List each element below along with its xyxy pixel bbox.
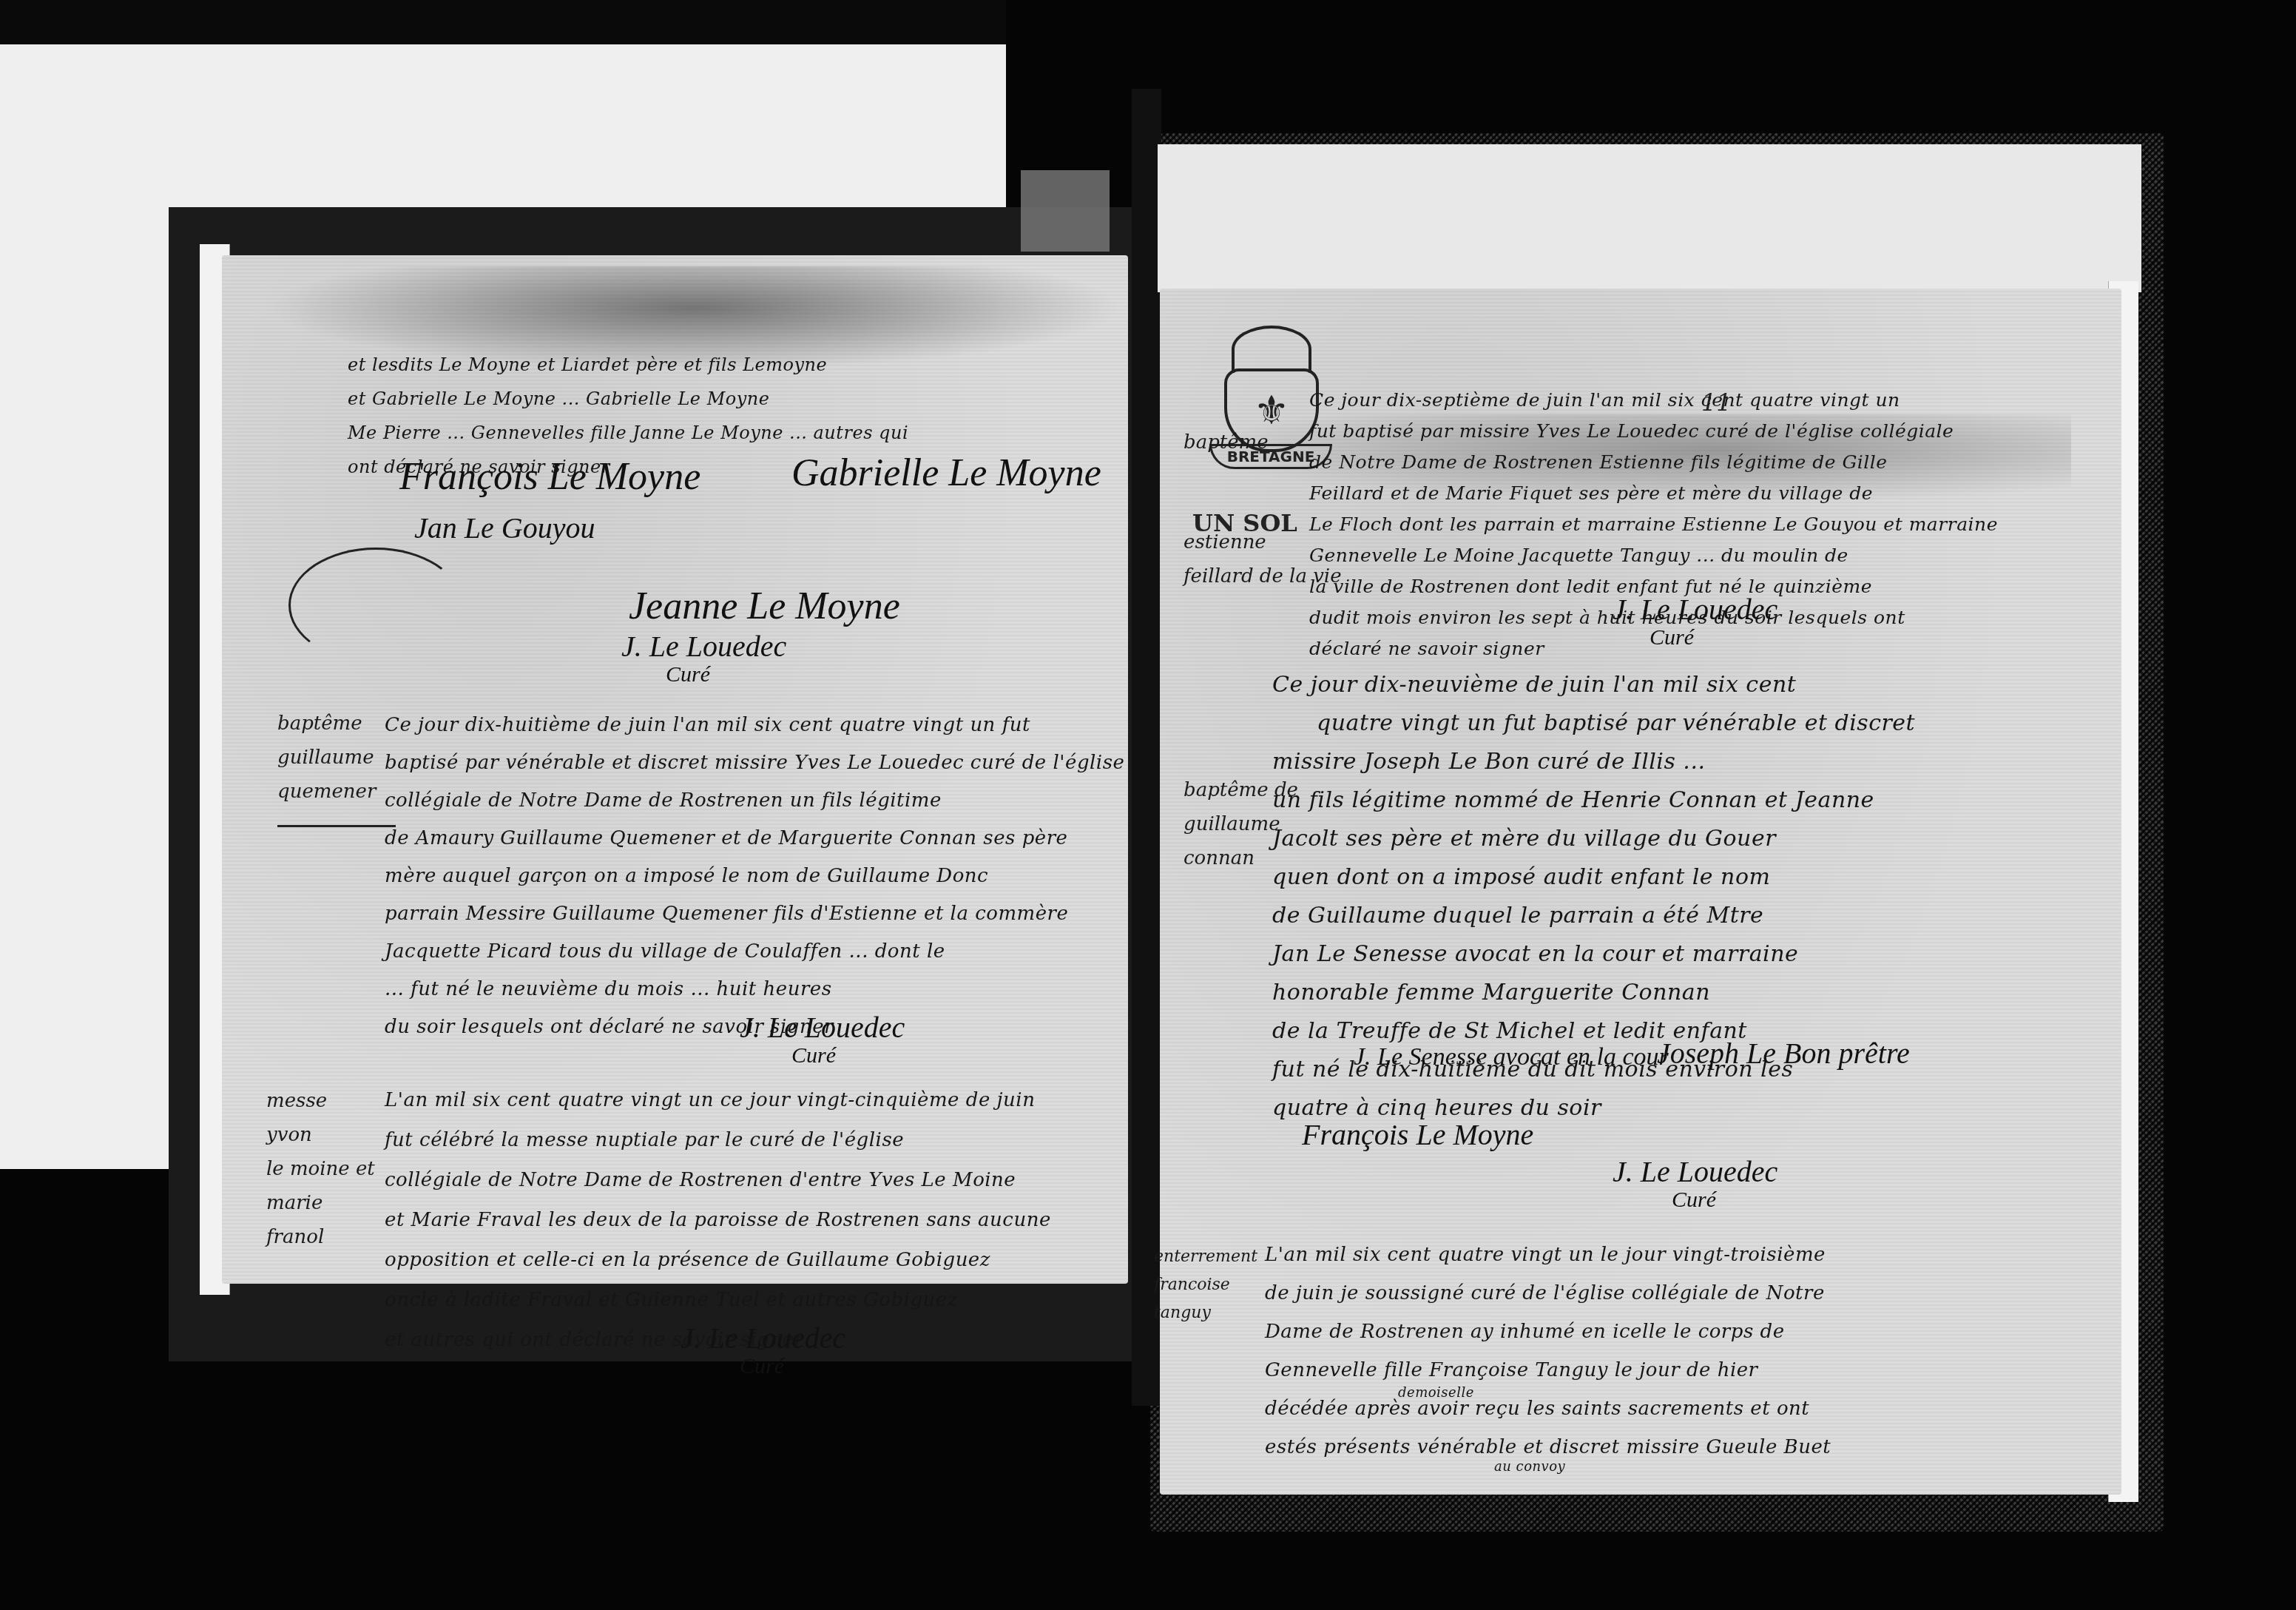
dark-top-band [0, 0, 1006, 44]
crown-icon [1232, 326, 1311, 373]
priest-signature-title: Curé [666, 662, 710, 687]
margin-rule [277, 825, 396, 827]
priest-signature-name: J. Le Louedec [740, 1010, 905, 1045]
signature-gabrielle-le-moyne: Gabrielle Le Moyne [791, 451, 1101, 495]
interlinear-note: demoiselle [1398, 1376, 1474, 1410]
priest-signature-title: Curé [791, 1043, 836, 1068]
priest-signature-name: J. Le Louedec [621, 629, 786, 664]
signature-francois-le-moyne: François Le Moyne [1302, 1117, 1533, 1152]
right-burial-entry: L'an mil six cent quatre vingt un le jou… [1265, 1236, 1831, 1466]
margin-note-baptism: baptême guillaume quemener [277, 707, 376, 809]
text-line: et lesdits Le Moyne et Liardet père et f… [348, 348, 908, 382]
backing-sheet-right [1158, 144, 2141, 292]
priest-signature-title: Curé [1650, 625, 1694, 650]
priest-signature-name: J. Le Louedec [1613, 1154, 1777, 1189]
margin-note-marriage: messe yvon le moine et marie franol [266, 1084, 375, 1254]
interlinear-note: au convoy [1494, 1450, 1565, 1484]
text-line: Me Pierre ... Gennevelles fille Janne Le… [348, 416, 908, 450]
priest-signature-name: J. Le Louedec [1613, 592, 1777, 627]
book-spine [1132, 89, 1161, 1406]
margin-note-burial: enterrement francoise tanguy [1154, 1243, 1257, 1327]
signature-jeanne-le-moyne: Jeanne Le Moyne [629, 585, 900, 628]
left-baptism-entry: Ce jour dix-huitième de juin l'an mil si… [385, 707, 1124, 1046]
margin-note-baptism: baptême [1184, 425, 1269, 459]
priest-signature-title: Curé [1672, 1188, 1716, 1213]
left-marriage-entry: L'an mil six cent quatre vingt un ce jou… [385, 1080, 1051, 1360]
signature-flourish [288, 548, 463, 663]
priest-signature-title: Curé [740, 1354, 784, 1379]
signature-joseph-le-bon: Joseph Le Bon prêtre [1657, 1036, 1910, 1071]
signature-jan-le-gouyou: Jan Le Gouyou [414, 511, 595, 545]
text-line: et Gabrielle Le Moyne ... Gabrielle Le M… [348, 382, 908, 416]
signature-le-senesse: J. Le Senesse avocat en la cour [1354, 1043, 1669, 1071]
signature-francois-le-moyne: François Le Moyne [399, 455, 700, 499]
binding-tab [1021, 170, 1110, 252]
priest-signature-name: J. Le Louedec [681, 1321, 845, 1355]
